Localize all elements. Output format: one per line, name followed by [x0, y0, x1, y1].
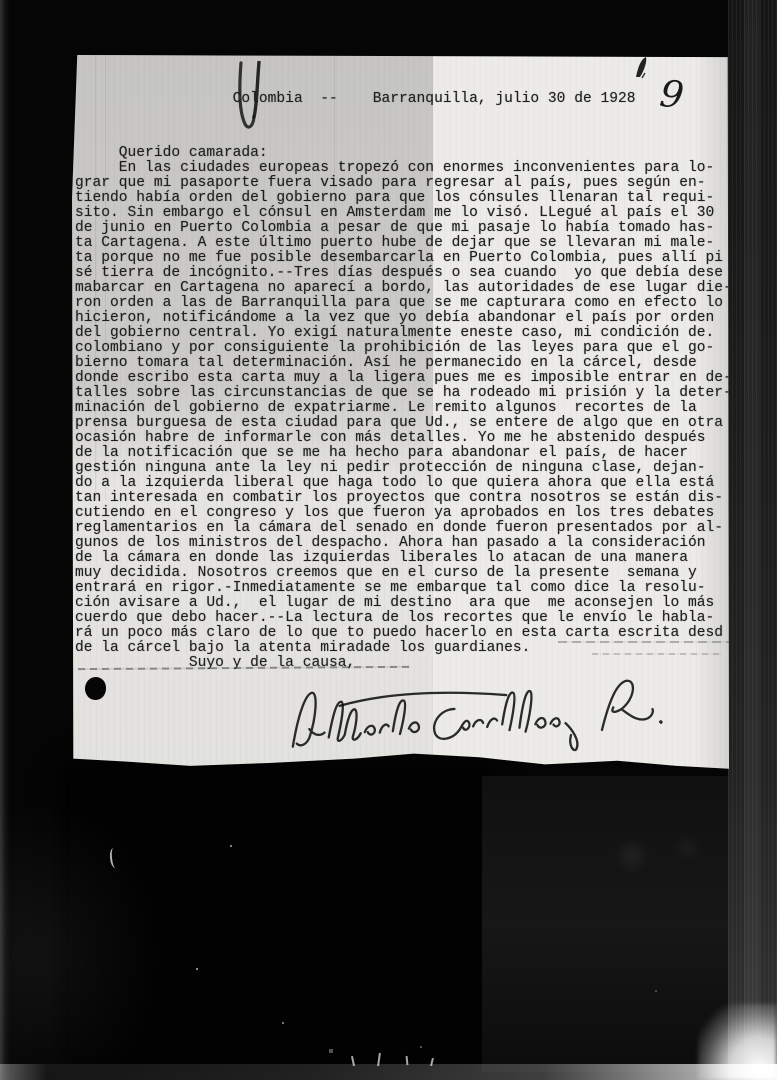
- letter-body: Querido camarada: En las ciudades europe…: [75, 146, 732, 671]
- letter-line: reglamentarios en la cámara del senado e…: [75, 521, 732, 536]
- letter-line: ta porque no me fue posible desembarcarl…: [75, 251, 732, 266]
- letter-line: En las ciudades europeas tropezó con eno…: [75, 161, 732, 176]
- ink-mark: [632, 55, 652, 84]
- scanned-letter-page: 9 Colombia -- Barranquilla, julio 30 de …: [72, 55, 729, 773]
- scan-bottom-right-glare: [698, 1004, 777, 1080]
- letter-line: cuerdo que debo hacer.--La lectura de lo…: [75, 611, 732, 626]
- letter-line: grar que mi pasaporte fuera visado para …: [75, 176, 732, 191]
- letter-line: ocasión habre de informarle con más deta…: [75, 431, 732, 446]
- letter-line: hicieron, notificándome a la vez que yo …: [75, 311, 732, 326]
- letter-line: minación del gobierno de expatriarme. Le…: [75, 401, 732, 416]
- letter-line: tan interesada en combatir los proyectos…: [75, 491, 732, 506]
- letter-line: donde escribo esta carta muy a la ligera…: [75, 371, 732, 386]
- letter-line: do a la izquierda liberal que haga todo …: [75, 476, 732, 491]
- scan-dust-specks: [0, 0, 2, 2]
- handwritten-page-number: 9: [657, 72, 686, 118]
- letter-line: gestión ninguna ante la ley ni pedir pro…: [75, 461, 732, 476]
- letter-line: del gobierno central. Yo exigí naturalme…: [75, 326, 732, 341]
- letter-line: prensa burguesa de esta ciudad para que …: [75, 416, 732, 431]
- letter-line: cutiendo en el congreso y los que fueron…: [75, 506, 732, 521]
- letter-line: sé tierra de incógnito.--Tres días despu…: [75, 266, 732, 281]
- letter-line: tiendo había orden del gobierno para que…: [75, 191, 732, 206]
- letter-line: mabarcar en Cartagena no aparecí a bordo…: [75, 281, 732, 296]
- scan-right-border-stripe: [744, 0, 760, 1080]
- letter-line: muy decidida. Nosotros creemos que en el…: [75, 566, 732, 581]
- letter-dateline: Colombia -- Barranquilla, julio 30 de 19…: [75, 92, 636, 107]
- handwritten-signature: [281, 668, 686, 774]
- letter-line: ron orden a las de Barranquilla para que…: [75, 296, 732, 311]
- scan-shadow-area: [482, 776, 728, 1072]
- letter-line: colombiano y por consiguiente la prohibi…: [75, 341, 732, 356]
- letter-line: de la cámara en donde las izquierdas lib…: [75, 551, 732, 566]
- letter-line: talles sobre las circunstancias de que s…: [75, 386, 732, 401]
- scan-bottom-light-strip: [0, 1064, 777, 1080]
- letter-line: ta Cartagena. A este último puerto hube …: [75, 236, 732, 251]
- underline-smudge: [592, 653, 722, 655]
- letter-line: Querido camarada:: [75, 146, 732, 161]
- letter-line: sito. Sin embargo el cónsul en Amsterdam…: [75, 206, 732, 221]
- letter-line: entrará en rigor.-Inmediatamente se me e…: [75, 581, 732, 596]
- letter-line: de la notificación que se me ha hecho pa…: [75, 446, 732, 461]
- letter-line: ción avisare a Ud., el lugar de mi desti…: [75, 596, 732, 611]
- scan-fiber-mark: [406, 1056, 409, 1065]
- letter-line: bierno tomara tal determinación. Así he …: [75, 356, 732, 371]
- underline-smudge: [558, 641, 730, 643]
- letter-line: gunos de los ministros del despacho. Aho…: [75, 536, 732, 551]
- letter-line: de junio en Puerto Colombia a pesar de q…: [75, 221, 732, 236]
- letter-line: rá un poco más claro de lo que to puedo …: [75, 626, 732, 641]
- scan-photograph: { "colors": { "background": "#050505", "…: [0, 0, 777, 1080]
- ink-blot: [85, 677, 106, 700]
- scan-haze: [0, 800, 160, 1080]
